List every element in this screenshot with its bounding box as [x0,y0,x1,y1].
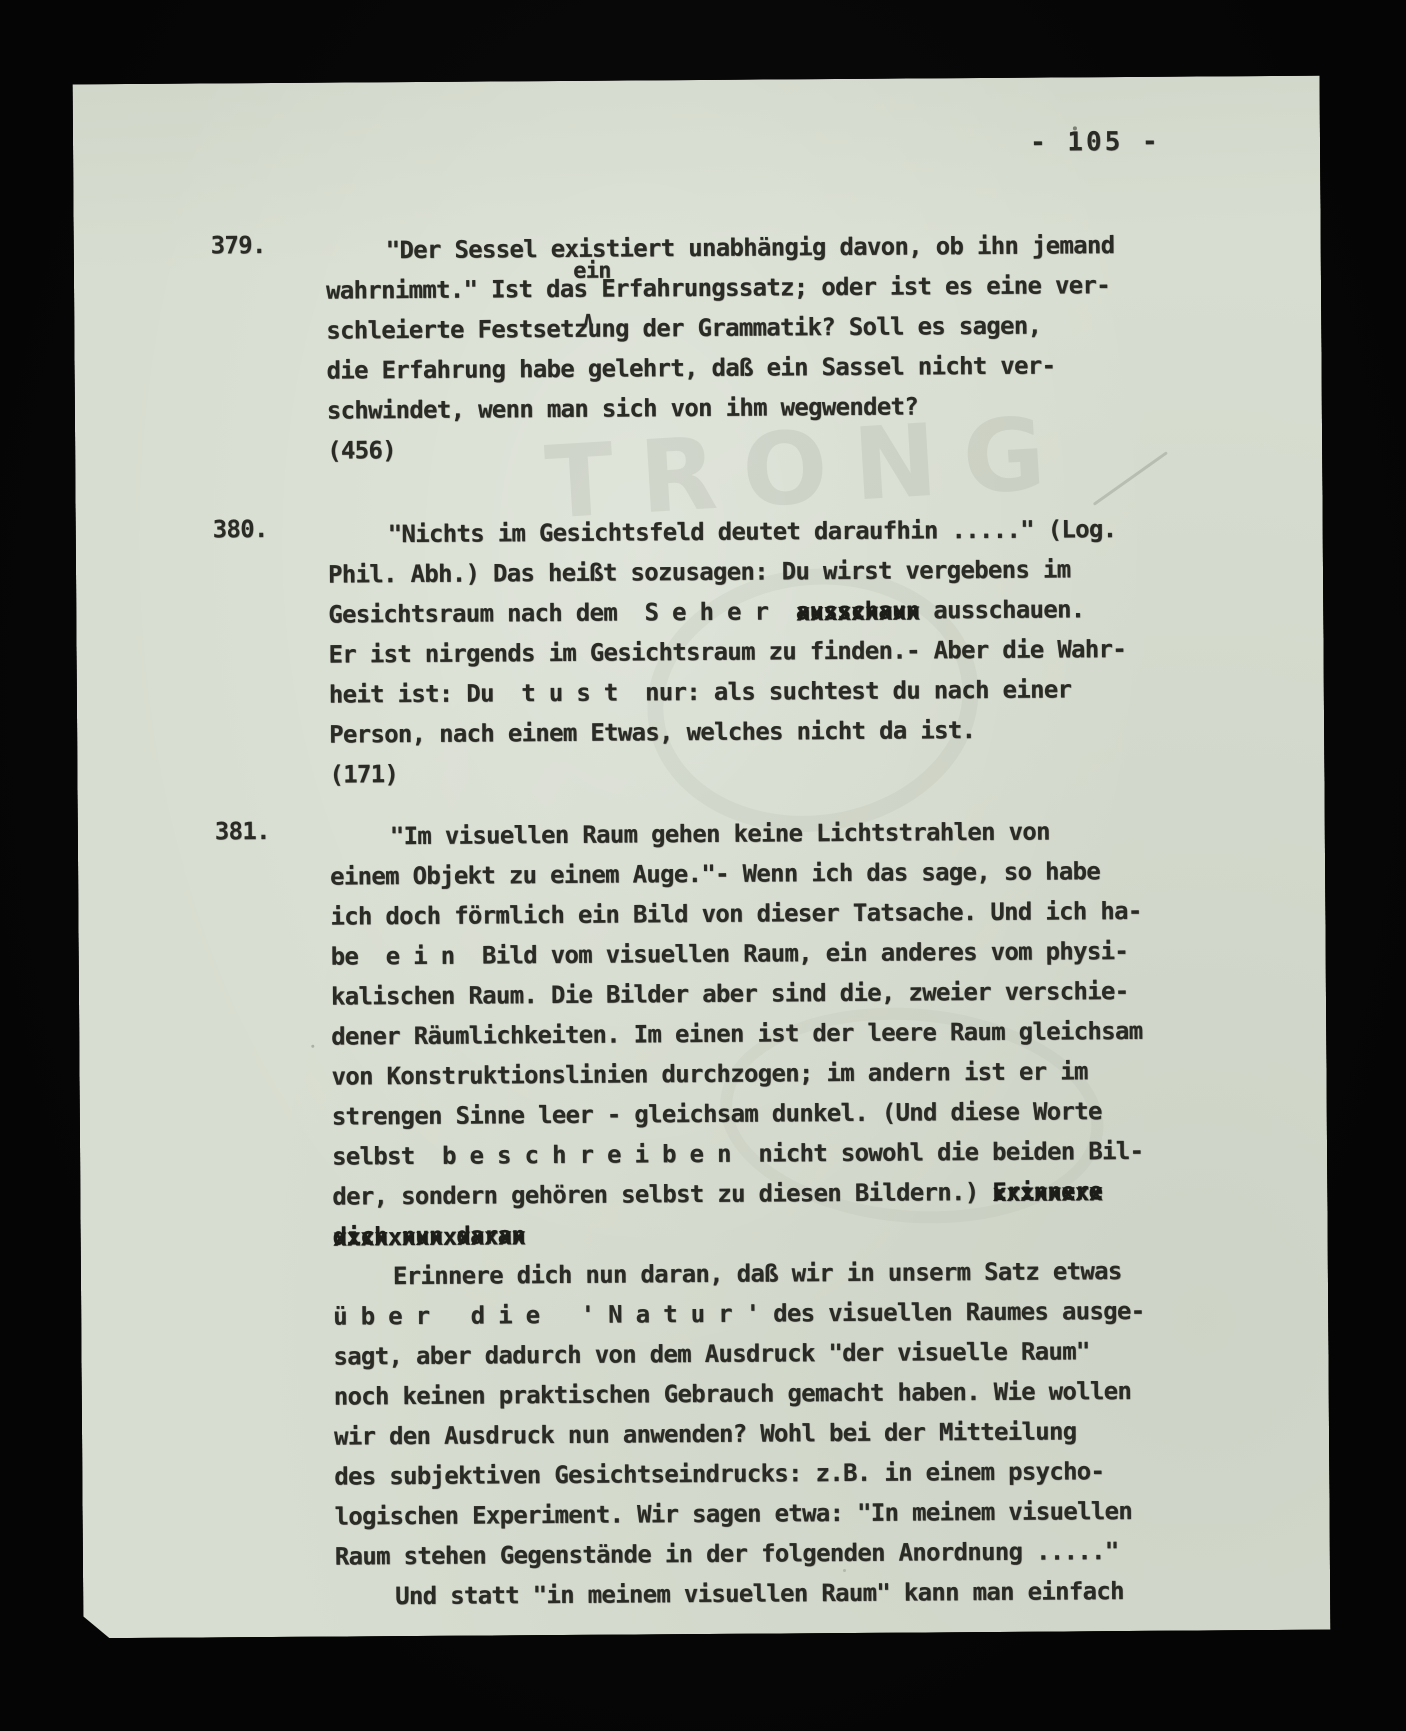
text-run: strengen Sinne leer - gleichsam dunkel. … [332,1097,1102,1130]
text-run: Erfahrungssatz; oder ist es eine ver- [601,271,1110,303]
text-line: noch keinen praktischen Gebrauch gemacht… [334,1371,1145,1417]
text-run: einem Objekt zu einem Auge."- Wenn ich d… [330,857,1100,890]
section: 379."Der Sessel existiert unabhängig dav… [211,225,1139,471]
struck-text: ausschaunxxxxxxxxx [796,590,920,631]
text-line: Person, nach einem Etwas, welches nicht … [329,709,1127,755]
section-number: 381. [215,817,330,846]
text-run: (171) [329,760,398,788]
text-line: von Konstruktionslinien durchzogen; im a… [331,1051,1142,1097]
section-lines: "Der Sessel existiert unabhängig davon, … [326,225,1116,471]
typescript-content: 379."Der Sessel existiert unabhängig dav… [211,225,1147,1617]
struck-text: Erinnerexxxxxxxx [992,1171,1102,1212]
text-run: selbst b e s c h r e i b e n nicht sowoh… [332,1137,1143,1171]
text-line: Gesichtsraum nach dem S e h e r ausschau… [328,589,1126,635]
text-run: schleierte Festsetzung der Grammatik? So… [326,312,1041,345]
text-run: dener Räumlichkeiten. Im einen ist der l… [331,1017,1142,1051]
text-run: ausschauen. [919,595,1084,624]
text-run: "Im visuellen Raum gehen keine Lichtstra… [390,818,1050,851]
text-line: Phil. Abh.) Das heißt sozusagen: Du wirs… [328,549,1126,595]
section-lines: "Im visuellen Raum gehen keine Lichtstra… [330,811,1147,1617]
text-run: heit ist: Du t u s t nur: als suchtest d… [329,675,1072,708]
text-run: Erinnere dich nun daran, daß wir in unse… [393,1257,1122,1290]
text-run: Raum stehen Gegenstände in der folgenden… [335,1537,1119,1570]
scan-background: { "page": { "number_label": "- 105 -", "… [0,0,1406,1731]
text-line: "Der Sessel existiert unabhängig davon, … [326,225,1115,271]
text-line: dener Räumlichkeiten. Im einen ist der l… [331,1011,1142,1057]
text-line: ü b e r d i e ' N a t u r ' des visuelle… [333,1291,1144,1337]
text-run: die Erfahrung habe gelehrt, daß ein Sass… [326,352,1055,385]
text-line: des subjektiven Gesichtseindrucks: z.B. … [334,1451,1145,1497]
text-line: strengen Sinne leer - gleichsam dunkel. … [332,1091,1143,1137]
section-number: 380. [213,515,328,544]
text-run: logischen Experiment. Wir sagen etwa: "I… [334,1497,1132,1531]
text-run: schwindet, wenn man sich von ihm wegwend… [327,392,918,424]
text-run: wahrnimmt." Ist das [326,275,587,305]
text-line: Er ist nirgends im Gesichtsraum zu finde… [328,629,1126,675]
section-number: 379. [211,231,326,260]
struck-text: dich nun daranxxxxxxxxxxxxxx [333,1215,526,1256]
text-line: schwindet, wenn man sich von ihm wegwend… [327,385,1116,431]
section-lines: "Nichts im Gesichtsfeld deutet daraufhin… [328,509,1127,795]
text-run: der, sondern gehören selbst zu diesen Bi… [332,1178,992,1211]
text-line: Erinnere dich nun daran, daß wir in unse… [333,1251,1144,1297]
text-line: kalischen Raum. Die Bilder aber sind die… [331,971,1142,1017]
page-number: - 105 - [1030,127,1161,158]
text-line: heit ist: Du t u s t nur: als suchtest d… [329,669,1127,715]
text-run: Gesichtsraum nach dem S e h e r [328,597,796,628]
text-line: "Im visuellen Raum gehen keine Lichtstra… [330,811,1141,857]
overstrike-x: xxxxxxxx [992,1172,1102,1213]
text-run: ich doch förmlich ein Bild von dieser Ta… [330,897,1141,931]
text-line: logischen Experiment. Wir sagen etwa: "I… [334,1491,1145,1537]
caret-icon: ∧ [582,299,593,339]
text-line: wahrnimmt." Ist dasein∧Erfahrungssatz; o… [326,265,1115,311]
text-run: Er ist nirgends im Gesichtsraum zu finde… [328,635,1126,669]
text-run: Phil. Abh.) Das heißt sozusagen: Du wirs… [328,555,1071,588]
inserted-word: ein [573,252,611,292]
text-line: schleierte Festsetzung der Grammatik? So… [326,305,1115,351]
text-line: wir den Ausdruck nun anwenden? Wohl bei … [334,1411,1145,1457]
document-page: TRONG - 105 - 379."Der Sessel existiert … [73,76,1331,1639]
text-run: kalischen Raum. Die Bilder aber sind die… [331,977,1129,1011]
text-line: Raum stehen Gegenstände in der folgenden… [335,1531,1146,1577]
text-line: ich doch förmlich ein Bild von dieser Ta… [330,891,1141,937]
text-line: (171) [329,749,1127,795]
text-line: be e i n Bild vom visuellen Raum, ein an… [331,931,1142,977]
text-line: selbst b e s c h r e i b e n nicht sowoh… [332,1131,1143,1177]
text-run: wir den Ausdruck nun anwenden? Wohl bei … [334,1417,1077,1450]
text-run: Und statt "in meinem visuellen Raum" kan… [395,1577,1124,1610]
text-line: dich nun daranxxxxxxxxxxxxxx [333,1211,1144,1257]
text-run: noch keinen praktischen Gebrauch gemacht… [334,1377,1132,1411]
text-line: sagt, aber dadurch von dem Ausdruck "der… [333,1331,1144,1377]
text-run: (456) [327,436,396,464]
text-run: sagt, aber dadurch von dem Ausdruck "der… [333,1337,1089,1370]
text-line: einem Objekt zu einem Auge."- Wenn ich d… [330,851,1141,897]
overstrike-x: xxxxxxxxxxxxxx [333,1216,526,1257]
overstrike-x: xxxxxxxxx [796,591,920,632]
text-line: der, sondern gehören selbst zu diesen Bi… [332,1171,1143,1217]
text-run: von Konstruktionslinien durchzogen; im a… [331,1057,1087,1090]
section: 381."Im visuellen Raum gehen keine Licht… [215,811,1147,1617]
text-line: (456) [327,425,1116,471]
text-run: des subjektiven Gesichtseindrucks: z.B. … [334,1457,1104,1490]
text-run: "Nichts im Gesichtsfeld deutet daraufhin… [388,515,1117,548]
text-line: die Erfahrung habe gelehrt, daß ein Sass… [326,345,1115,391]
section: 380."Nichts im Gesichtsfeld deutet darau… [213,509,1141,795]
text-run: be e i n Bild vom visuellen Raum, ein an… [331,937,1129,971]
text-run: Person, nach einem Etwas, welches nicht … [329,716,975,749]
text-line: "Nichts im Gesichtsfeld deutet daraufhin… [328,509,1126,555]
text-run: "Der Sessel existiert unabhängig davon, … [386,231,1115,264]
text-line: Und statt "in meinem visuellen Raum" kan… [335,1571,1146,1617]
text-run: ü b e r d i e ' N a t u r ' des visuelle… [333,1297,1144,1331]
